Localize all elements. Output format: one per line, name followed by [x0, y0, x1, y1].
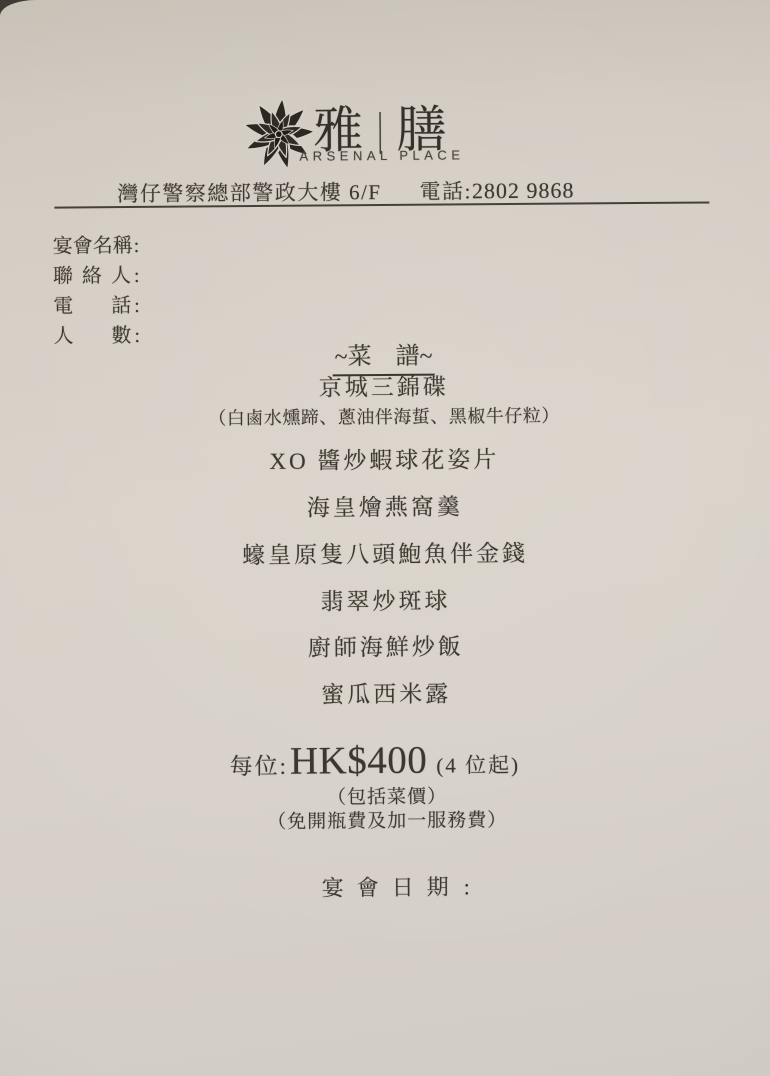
menu-item-garoupa: 翡翠炒斑球 [0, 580, 770, 619]
menu-item-appetizer-trio-note: （白鹵水燻蹄、蔥油伴海蜇、黑椒牛仔粒） [0, 400, 769, 432]
menu-item-abalone: 蠔皇原隻八頭鮑魚伴金錢 [0, 533, 770, 572]
form-row-contact-person: 聯絡人: [53, 259, 150, 289]
menu-item-appetizer-trio: 京城三錦碟 [0, 366, 769, 405]
menu-item-fried-rice: 廚師海鮮炒飯 [1, 626, 770, 665]
menu-sheet: 雅|膳 ARSENAL PLACE 灣仔警察總部警政大樓 6/F電話:2802 … [0, 0, 770, 1076]
price-note-corkage-service: （免開瓶費及加一服務費） [2, 803, 770, 836]
banquet-name-label: 宴會名稱 [53, 229, 131, 259]
menu-item-birds-nest-soup: 海皇燴燕窩羹 [0, 486, 770, 525]
telephone-label: 電話 [53, 289, 131, 319]
form-row-telephone: 電話: [53, 289, 150, 319]
phone-number: 2802 9868 [472, 178, 575, 204]
telephone-colon: : [134, 295, 140, 317]
banquet-name-colon: : [134, 235, 140, 257]
menu-item-xo-prawn: XO 醬炒蝦球花姿片 [0, 439, 769, 478]
banquet-date-colon: : [464, 874, 470, 899]
price-amount: HK$400 [290, 738, 428, 784]
phone-label: 電話: [419, 179, 472, 203]
banquet-date-label: 宴會日期 [322, 874, 462, 900]
contact-person-colon: : [134, 265, 140, 287]
contact-person-label: 聯絡人 [53, 259, 131, 289]
address-text: 灣仔警察總部警政大樓 6/F [117, 180, 381, 206]
banquet-date-line: 宴會日期: [11, 868, 770, 905]
menu-item-sago-dessert: 蜜瓜西米露 [1, 673, 770, 712]
price-line: 每位: HK$400 (4 位起) [0, 735, 760, 786]
form-row-banquet-name: 宴會名稱: [53, 229, 150, 259]
price-minimum-persons: (4 位起) [436, 749, 520, 780]
menu-sheet-content: 雅|膳 ARSENAL PLACE 灣仔警察總部警政大樓 6/F電話:2802 … [0, 0, 770, 1076]
price-per-person-label: 每位: [229, 748, 288, 781]
